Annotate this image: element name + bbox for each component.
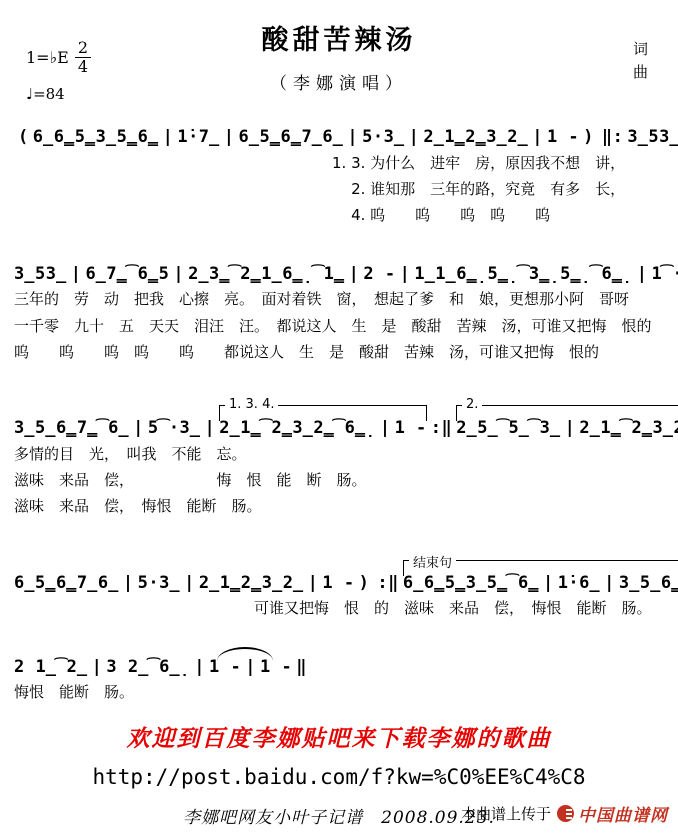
tempo-marking: ♩=84 <box>26 85 91 103</box>
barline: | <box>409 126 420 150</box>
key-signature-block: 1=♭E24 ♩=84 <box>26 40 91 103</box>
measure: 3 2̲͡6̲̣ <box>106 656 190 680</box>
measure: 2̲1̳2̳3̲2̲ <box>423 126 528 150</box>
lyric-line: 可谁又把悔 恨 的 滋味 来品 偿， 悔恨 能断 肠。 <box>14 595 666 621</box>
lyric-line: 呜 呜 呜 呜 呜 都说这人 生 是 酸甜 苦辣 汤，可谁又把悔 恨的 <box>14 339 666 365</box>
barline: | <box>400 263 411 287</box>
lyric-line: 2. 谁知那 三年的路，究竟 有多 长， <box>14 176 666 202</box>
barline: | <box>71 263 82 287</box>
barline: | <box>347 126 358 150</box>
barline: ‖: <box>602 126 623 150</box>
measure: 6̲7̳͡6̳5 <box>85 263 169 287</box>
upload-note: 本曲谱上传于 <box>461 803 551 824</box>
measure: 2 - <box>363 263 395 287</box>
barline: | <box>308 572 319 596</box>
measure: 5·3̲ <box>138 572 180 596</box>
notes-row: (6̲6̳5̳3̲5̳6̳|1̇·7̲|6̲5̳6̳7̲6̲|5·3̲|2̲1̳… <box>14 126 666 150</box>
barline: | <box>92 656 103 680</box>
system: 2 1̲͡2̲|3 2̲͡6̲̣|1 -|1 -‖悔恨 能断 肠。 <box>14 646 666 706</box>
measure: 1 - <box>547 126 579 150</box>
barline: ‖ <box>296 656 307 680</box>
site-logo-text: 中国曲谱网 <box>578 801 668 826</box>
volta-label: 2. <box>462 397 482 412</box>
lyric-line: 一千零 九十 五 天天 泪汪 汪。 都说这人 生 是 酸甜 苦辣 汤，可谁又把悔… <box>14 313 666 339</box>
promo-text: 欢迎到百度李娜贴吧来下载李娜的歌曲 <box>0 720 678 753</box>
lyric-line: 三年的 劳 动 把我 心擦 亮。 面对着铁 窗， 想起了爹 和 娘，更想那小阿 … <box>14 286 666 312</box>
time-signature-denominator: 4 <box>75 58 91 75</box>
barline: ) <box>359 572 370 596</box>
system: 6̲5̳6̳7̲6̲|5·3̲|2̲1̳2̳3̲2̲|1 -):‖6̲6̳5̳3… <box>14 544 666 622</box>
lyric-line: 滋味 来品 偿， 悔 恨 能 断 肠。 <box>14 467 666 493</box>
system: 3̲53̲|6̲7̳͡6̳5|2̲3̳͡2̳1̲6̳̣͡1̳|2 -|1̲1̲6… <box>14 253 666 366</box>
footer: 欢迎到百度李娜贴吧来下载李娜的歌曲 http://post.baidu.com/… <box>0 720 678 828</box>
volta-bracket: 2. <box>456 405 678 421</box>
barline: | <box>173 263 184 287</box>
sheet-music-page: 酸甜苦辣汤 （李娜演唱） 1=♭E24 ♩=84 词 曲 (6̲6̳5̳3̲5̳… <box>0 0 678 834</box>
time-signature-numerator: 2 <box>75 40 91 58</box>
credits-block: 词 曲 <box>633 38 648 83</box>
score: (6̲6̳5̳3̲5̳6̳|1̇·7̲|6̲5̳6̳7̲6̲|5·3̲|2̲1̳… <box>0 112 678 706</box>
volta-bracket: 1. 3. 4. <box>219 405 427 421</box>
volta-label: 1. 3. 4. <box>225 397 278 412</box>
barline: ( <box>18 126 29 150</box>
barline: | <box>349 263 360 287</box>
measure: 2̲1̳2̳3̲2̲ <box>199 572 304 596</box>
measure: 2 1̲͡2̲ <box>14 656 88 680</box>
lyric-line: 滋味 来品 偿， 悔恨 能断 肠。 <box>14 493 666 519</box>
lyric-line: 4. 呜 呜 呜 呜 呜 <box>14 202 666 228</box>
measure: 6̲5̳6̳7̲6̲ <box>14 572 119 596</box>
lyricist-label: 词 <box>633 38 648 61</box>
site-logo[interactable]: 中国曲谱网 <box>557 801 668 826</box>
barline: | <box>637 263 648 287</box>
barline: | <box>194 656 205 680</box>
barline: | <box>133 417 144 441</box>
barline: :‖ <box>431 417 452 441</box>
upload-row: 本曲谱上传于 中国曲谱网 <box>461 801 668 826</box>
key-signature: 1=♭E <box>26 48 69 67</box>
notes-row: 3̲53̲|6̲7̳͡6̳5|2̲3̳͡2̳1̲6̳̣͡1̳|2 -|1̲1̲6… <box>14 263 666 287</box>
notes-row: 2 1̲͡2̲|3 2̲͡6̲̣|1 -|1 -‖ <box>14 656 666 680</box>
barline: | <box>163 126 174 150</box>
measure: 3̲53̲ <box>14 263 67 287</box>
measure: 2̲3̳͡2̳1̲6̳̣͡1̳ <box>188 263 345 287</box>
barline: ) <box>583 126 594 150</box>
measure: 1̇·7̲ <box>177 126 219 150</box>
slur-arc <box>217 647 273 661</box>
barline: | <box>184 572 195 596</box>
measure: 6̲5̳6̳7̲6̲ <box>239 126 344 150</box>
measure: 5͡·3̲ <box>148 417 201 441</box>
header: 酸甜苦辣汤 （李娜演唱） 1=♭E24 ♩=84 词 曲 <box>0 10 678 112</box>
measure: 3̲53̲ <box>627 126 678 150</box>
song-title: 酸甜苦辣汤 <box>0 10 678 57</box>
lyric-line: 悔恨 能断 肠。 <box>14 679 666 705</box>
barline: :‖ <box>377 572 398 596</box>
volta-label: 结束句 <box>409 552 456 571</box>
system: (6̲6̳5̳3̲5̳6̳|1̇·7̲|6̲5̳6̳7̲6̲|5·3̲|2̲1̳… <box>14 116 666 229</box>
barline: | <box>123 572 134 596</box>
download-url[interactable]: http://post.baidu.com/f?kw=%C0%EE%C4%C8 <box>0 765 678 789</box>
barline: | <box>205 417 216 441</box>
composer-label: 曲 <box>633 61 648 84</box>
lyric-line: 1. 3. 为什么 进牢 房，原因我不想 讲， <box>14 150 666 176</box>
measure: 1͡·2̲ <box>652 263 678 287</box>
music-site-logo-icon <box>557 805 574 822</box>
volta-bracket: 结束句 <box>403 560 678 576</box>
measure: 1 - <box>322 572 354 596</box>
measure: 1̲1̲6̳̣5̳̣͡3̳̣5̳̣͡6̳̣ <box>414 263 632 287</box>
time-signature: 24 <box>75 40 91 75</box>
lyric-line: 多情的目 光， 叫我 不能 忘。 <box>14 441 666 467</box>
system: 3̲5̲6̳7̳͡6̲|5͡·3̲|2̲1̳͡2̳3̲2̳͡6̳̣|1 -:‖2… <box>14 389 666 520</box>
barline: | <box>224 126 235 150</box>
measure: 5·3̲ <box>362 126 404 150</box>
measure: 3̲5̲6̳7̳͡6̲ <box>14 417 129 441</box>
song-subtitle: （李娜演唱） <box>0 69 678 94</box>
barline: | <box>532 126 543 150</box>
measure: 6̲6̳5̳3̲5̳6̳ <box>33 126 159 150</box>
